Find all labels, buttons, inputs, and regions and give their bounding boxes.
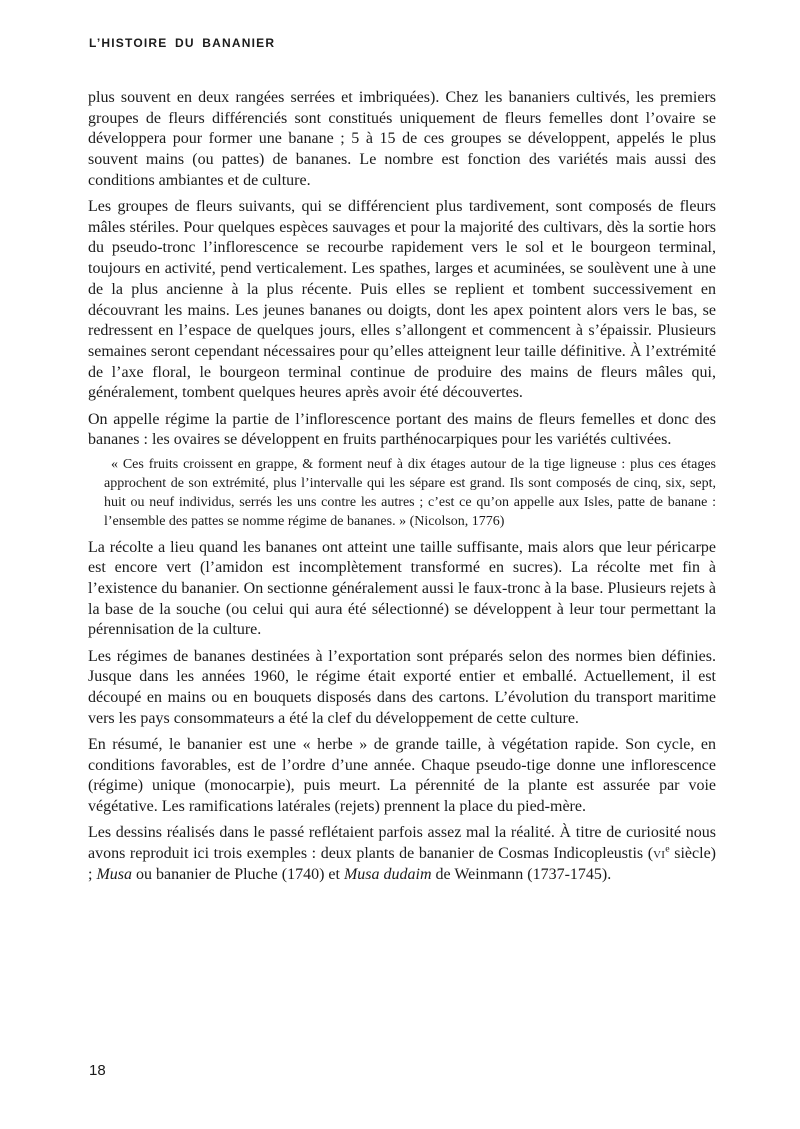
paragraph-1: plus souvent en deux rangées serrées et … <box>88 88 716 192</box>
running-head: L’HISTOIRE DU BANANIER <box>89 36 275 50</box>
body-text: plus souvent en deux rangées serrées et … <box>88 88 716 891</box>
paragraph-7: Les dessins réalisés dans le passé reflé… <box>88 823 716 885</box>
paragraph-4: La récolte a lieu quand les bananes ont … <box>88 538 716 642</box>
book-page: L’HISTOIRE DU BANANIER plus souvent en d… <box>0 0 800 1129</box>
paragraph-3: On appelle régime la partie de l’inflore… <box>88 410 716 451</box>
block-quote: « Ces fruits croissent en grappe, & form… <box>104 456 716 531</box>
paragraph-6: En résumé, le bananier est une « herbe »… <box>88 735 716 818</box>
page-number: 18 <box>89 1062 106 1079</box>
paragraph-5: Les régimes de bananes destinées à l’exp… <box>88 647 716 730</box>
paragraph-2: Les groupes de fleurs suivants, qui se d… <box>88 197 716 404</box>
